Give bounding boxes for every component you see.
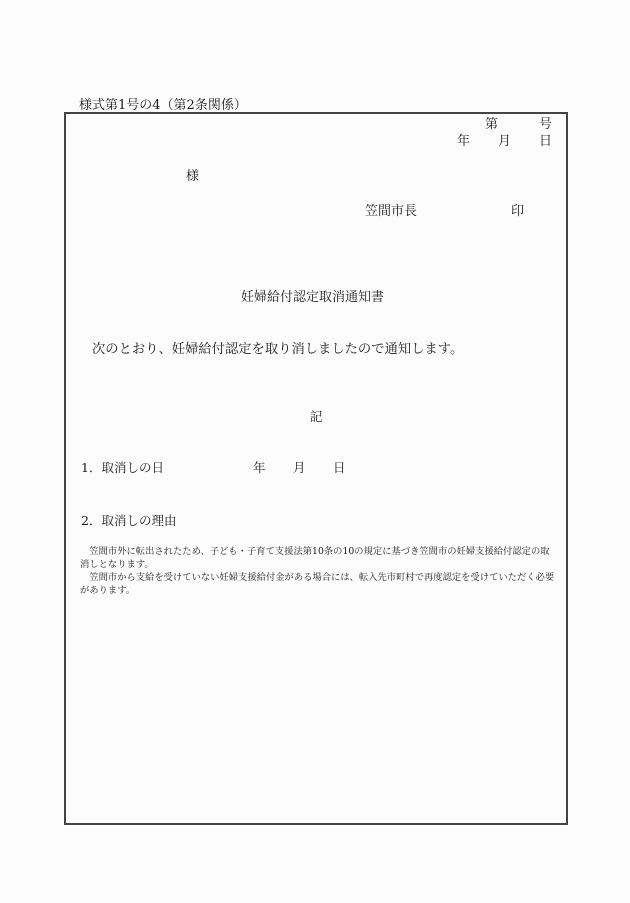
issuer-title: 笠間市長 xyxy=(365,200,417,219)
item-1-label: 1．取消しの日 xyxy=(81,458,164,476)
number-prefix: 第 xyxy=(485,113,498,132)
item-1-month: 月 xyxy=(293,458,306,476)
item-1-day: 日 xyxy=(333,458,346,476)
date-year: 年 xyxy=(457,130,470,149)
form-number-label: 様式第1号の4（第2条関係） xyxy=(79,94,247,113)
item-2-label: 2．取消しの理由 xyxy=(81,511,176,529)
seal-mark: 印 xyxy=(511,200,524,219)
reason-text: 笠間市外に転出されたため、子ども・子育て支援法第10条の10の規定に基づき笠間市… xyxy=(80,545,558,597)
document-title: 妊婦給付認定取消通知書 xyxy=(241,286,384,305)
body-text: 次のとおり、妊婦給付認定を取り消しましたので通知します。 xyxy=(92,338,463,357)
addressee-honorific: 様 xyxy=(186,165,199,184)
date-day: 日 xyxy=(539,130,552,149)
ki-heading: 記 xyxy=(310,407,323,425)
reason-paragraph-2: 笠間市から支給を受けていない妊婦支援給付金がある場合には、転入先市町村で再度認定… xyxy=(80,571,558,597)
item-1-year: 年 xyxy=(253,458,266,476)
date-month: 月 xyxy=(498,130,511,149)
reason-paragraph-1: 笠間市外に転出されたため、子ども・子育て支援法第10条の10の規定に基づき笠間市… xyxy=(80,545,558,571)
